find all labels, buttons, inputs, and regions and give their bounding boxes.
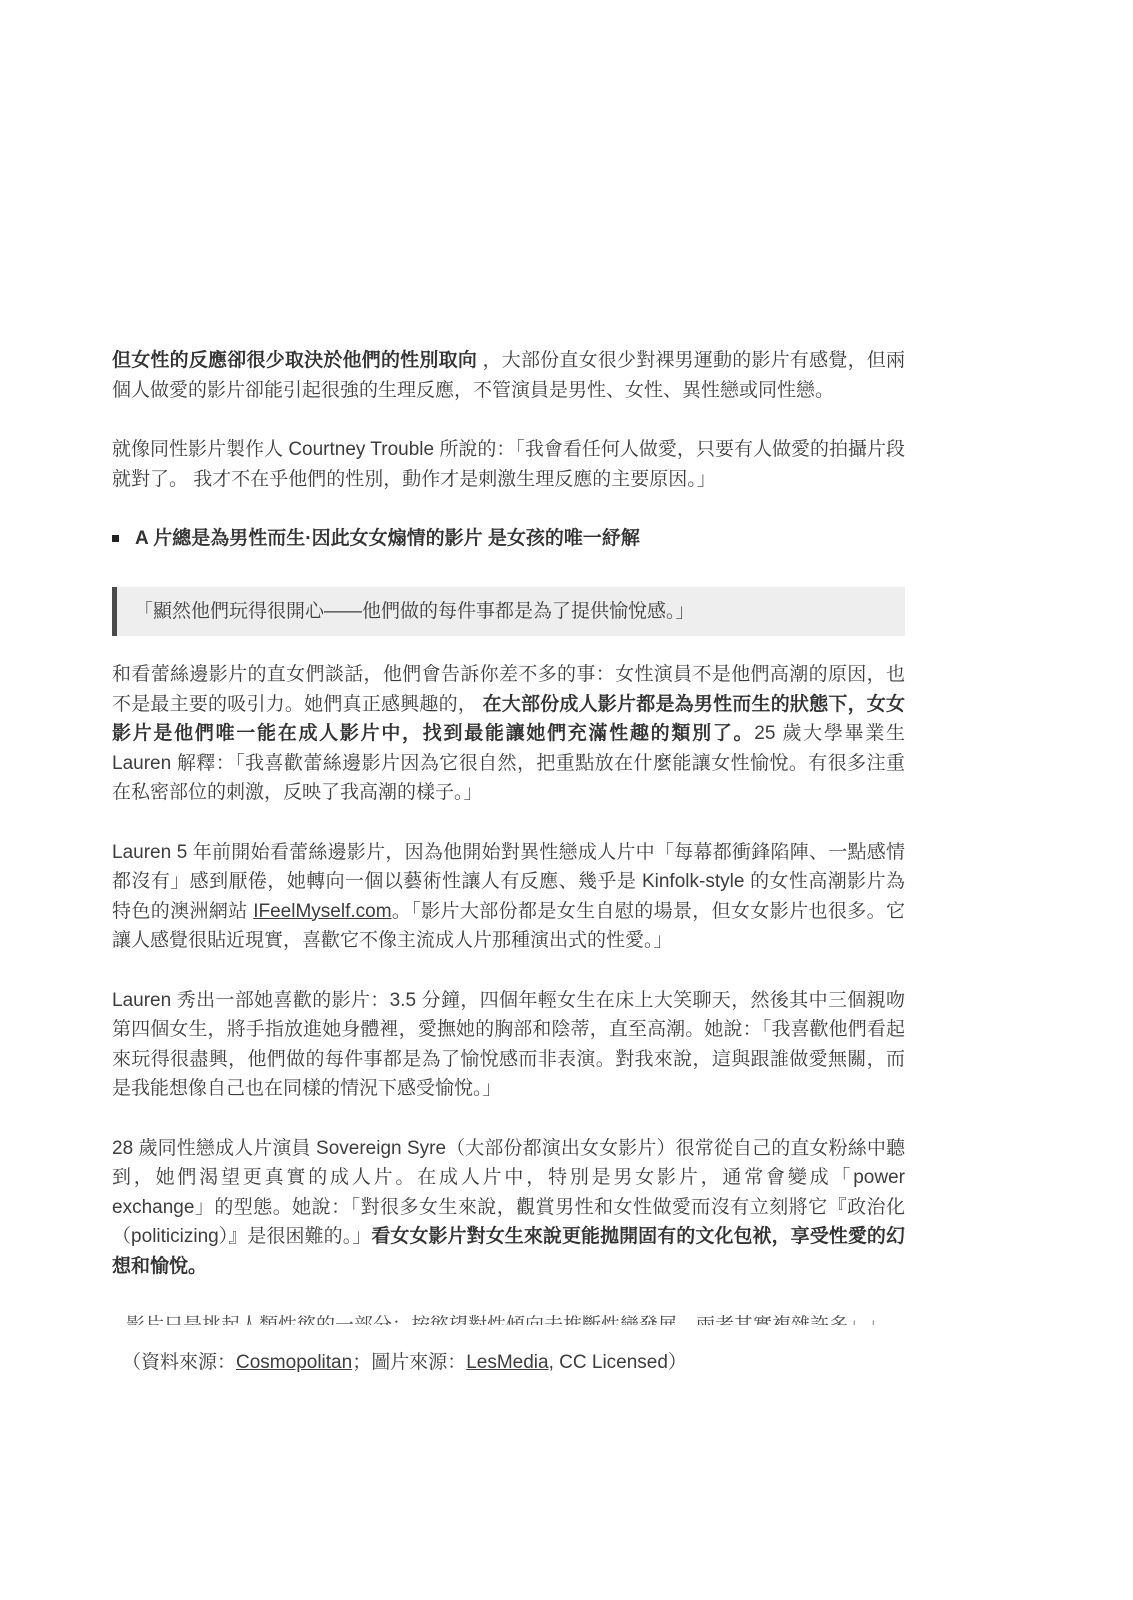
paragraph-women-response-bold: 但女性的反應卻很少取決於他們的性別取向 <box>112 350 477 371</box>
paragraph-lesbian-film-viewers: 和看蕾絲邊影片的直女們談話，他們會告訴你差不多的事：女性演員不是他們高潮的原因，… <box>112 660 905 808</box>
bullet-square-icon <box>112 535 119 542</box>
source-mid: ；圖片來源： <box>352 1352 466 1373</box>
article-page: 但女性的反應卻很少取決於他們的性別取向 ，大部份直女很少對裸男運動的影片有感覺，… <box>0 0 1133 1600</box>
source-open: （資料來源： <box>122 1352 236 1373</box>
clipped-text: 影片只是挑起人類性慾的一部分；按慾望對性傾向去推斷性戀發展，兩者其實複雜許多」。… <box>126 1315 886 1325</box>
paragraph-lauren-history: Lauren 5 年前開始看蕾絲邊影片，因為他開始對異性戀成人片中「每幕都衝鋒陷… <box>112 838 905 956</box>
pull-quote-text: 「顯然他們玩得很開心——他們做的每件事都是為了提供愉悅感。」 <box>134 601 695 622</box>
paragraph-lauren-video: Lauren 秀出一部她喜歡的影片：3.5 分鐘，四個年輕女生在床上大笑聊天，然… <box>112 986 905 1104</box>
source-attribution: （資料來源：Cosmopolitan；圖片來源：LesMedia, CC Lic… <box>122 1348 905 1378</box>
article-content: 但女性的反應卻很少取決於他們的性別取向 ，大部份直女很少對裸男運動的影片有感覺，… <box>112 346 905 1378</box>
lesmedia-link[interactable]: LesMedia <box>466 1352 548 1373</box>
section-heading-text: A 片總是為男性而生·因此女女煽情的影片 是女孩的唯一紓解 <box>135 524 640 554</box>
source-close: , CC Licensed） <box>549 1352 687 1373</box>
cosmopolitan-link[interactable]: Cosmopolitan <box>236 1352 352 1373</box>
clipped-text-line: 影片只是挑起人類性慾的一部分；按慾望對性傾向去推斷性戀發展，兩者其實複雜許多」。… <box>126 1311 905 1325</box>
paragraph-sovereign-syre: 28 歲同性戀成人片演員 Sovereign Syre（大部份都演出女女影片）很… <box>112 1134 905 1282</box>
paragraph-women-response: 但女性的反應卻很少取決於他們的性別取向 ，大部份直女很少對裸男運動的影片有感覺，… <box>112 346 905 405</box>
section-heading: A 片總是為男性而生·因此女女煽情的影片 是女孩的唯一紓解 <box>112 524 905 554</box>
ifeelmyself-link[interactable]: IFeelMyself.com <box>253 901 391 922</box>
pull-quote: 「顯然他們玩得很開心——他們做的每件事都是為了提供愉悅感。」 <box>112 587 905 637</box>
paragraph-courtney-trouble-quote: 就像同性影片製作人 Courtney Trouble 所說的：「我會看任何人做愛… <box>112 435 905 494</box>
